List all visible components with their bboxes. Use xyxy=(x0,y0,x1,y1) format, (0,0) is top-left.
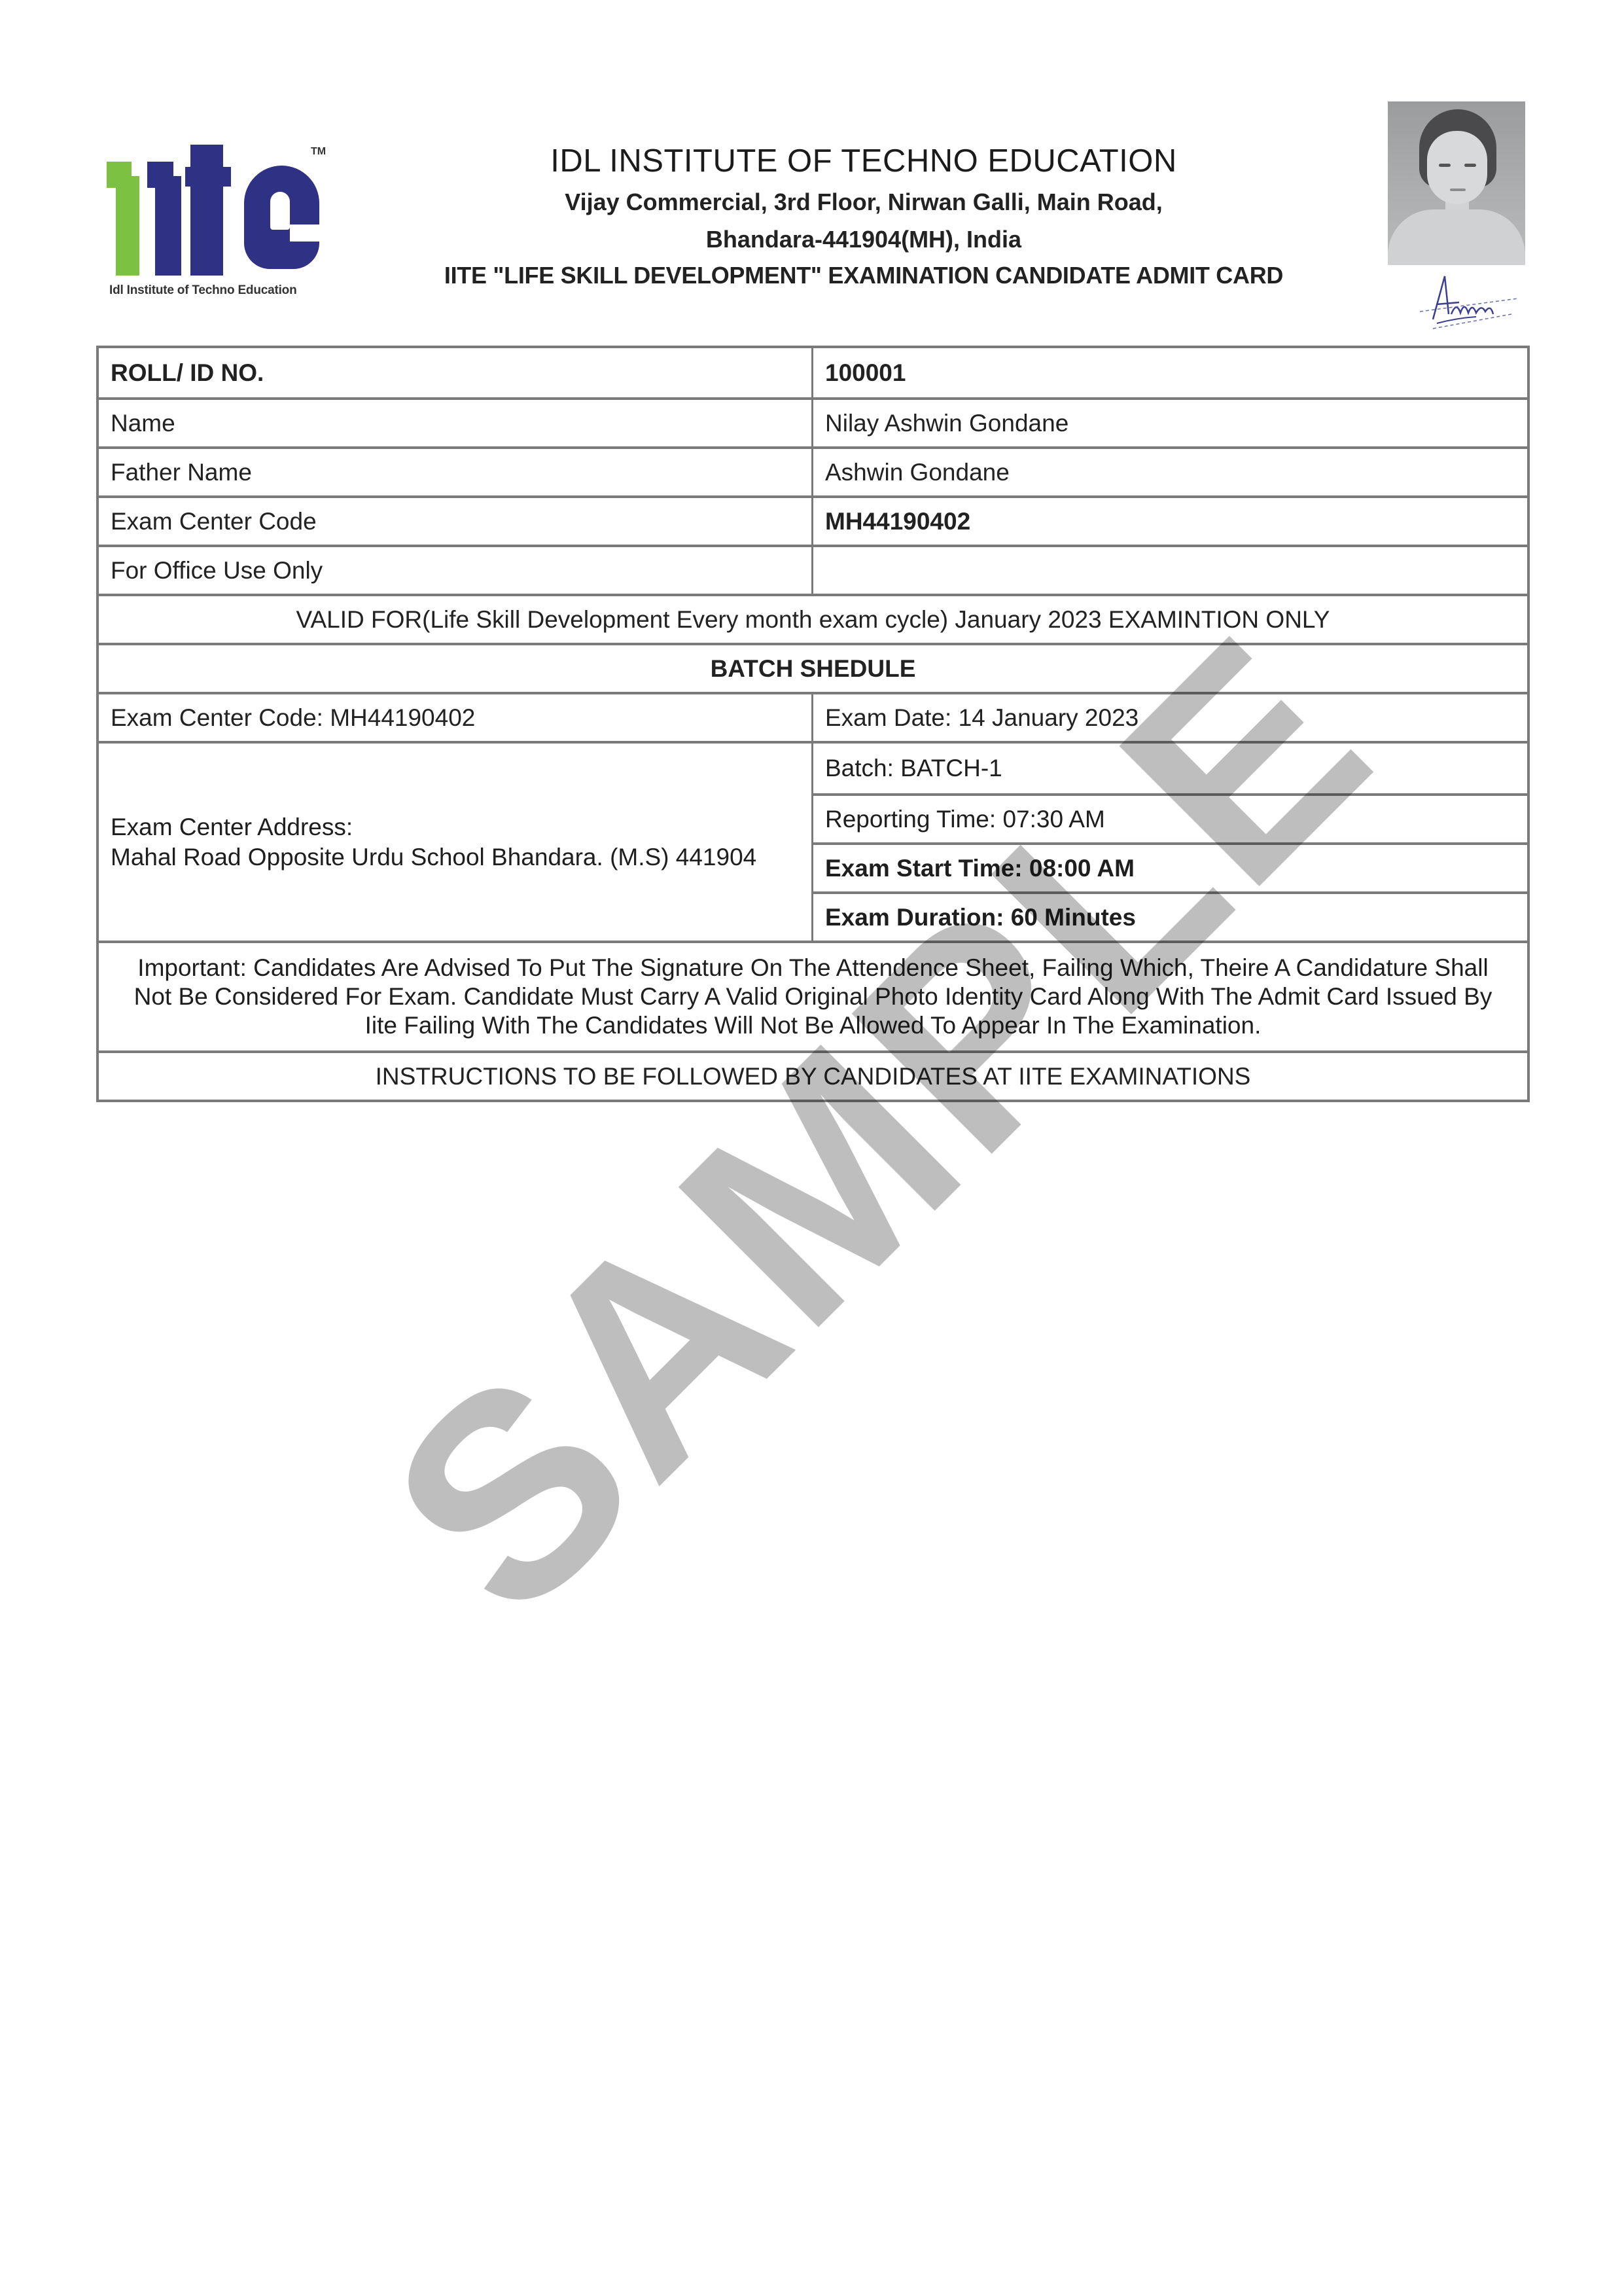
validity-text: VALID FOR(Life Skill Development Every m… xyxy=(99,596,1527,643)
admit-card-table: ROLL/ ID NO. 100001 Name Nilay Ashwin Go… xyxy=(96,346,1530,1102)
institute-address-line1: Vijay Commercial, 3rd Floor, Nirwan Gall… xyxy=(406,188,1322,216)
photo-eye-right xyxy=(1464,164,1476,167)
table-row-important: Important: Candidates Are Advised To Put… xyxy=(99,941,1527,1050)
center-code-label: Exam Center Code xyxy=(99,498,813,545)
logo-e-counter xyxy=(270,192,290,230)
table-row-roll: ROLL/ ID NO. 100001 xyxy=(99,348,1527,397)
logo-caption: Idl Institute of Techno Education xyxy=(109,283,296,298)
table-row-office-use: For Office Use Only xyxy=(99,545,1527,594)
batch-name: Batch: BATCH-1 xyxy=(813,744,1527,793)
photo-eye-left xyxy=(1439,164,1451,167)
table-row-center-code: Exam Center Code MH44190402 xyxy=(99,495,1527,545)
photo-body xyxy=(1388,209,1525,265)
table-row-instructions: INSTRUCTIONS TO BE FOLLOWED BY CANDIDATE… xyxy=(99,1050,1527,1100)
important-line-2: Not Be Considered For Exam. Candidate Mu… xyxy=(134,982,1492,1011)
table-row-address-batch: Exam Center Address: Mahal Road Opposite… xyxy=(99,741,1527,941)
batch-schedule-heading: BATCH SHEDULE xyxy=(99,645,1527,692)
admit-card-title: IITE "LIFE SKILL DEVELOPMENT" EXAMINATIO… xyxy=(393,262,1335,289)
table-row-batch-heading: BATCH SHEDULE xyxy=(99,643,1527,692)
candidate-signature-icon xyxy=(1413,268,1525,334)
exam-center-address: Exam Center Address: Mahal Road Opposite… xyxy=(99,744,813,941)
table-row-father-name: Father Name Ashwin Gondane xyxy=(99,446,1527,495)
important-line-3: Iite Failing With The Candidates Will No… xyxy=(134,1011,1492,1040)
photo-mouth xyxy=(1450,188,1466,191)
reporting-time: Reporting Time: 07:30 AM xyxy=(813,793,1527,842)
roll-value: 100001 xyxy=(813,348,1527,397)
logo-green-stem xyxy=(116,176,139,276)
exam-duration: Exam Duration: 60 Minutes xyxy=(813,891,1527,941)
photo-face xyxy=(1427,131,1487,204)
institute-title: IDL INSTITUTE OF TECHNO EDUCATION xyxy=(406,143,1322,179)
address-value: Mahal Road Opposite Urdu School Bhandara… xyxy=(111,842,800,872)
table-row-center-date: Exam Center Code: MH44190402 Exam Date: … xyxy=(99,692,1527,741)
logo-t-stem xyxy=(190,145,223,276)
address-label: Exam Center Address: xyxy=(111,812,800,842)
name-label: Name xyxy=(99,400,813,446)
name-value: Nilay Ashwin Gondane xyxy=(813,400,1527,446)
table-row-name: Name Nilay Ashwin Gondane xyxy=(99,397,1527,446)
important-line-1: Important: Candidates Are Advised To Put… xyxy=(134,954,1492,982)
batch-details: Batch: BATCH-1 Reporting Time: 07:30 AM … xyxy=(813,744,1527,941)
roll-label: ROLL/ ID NO. xyxy=(99,348,813,397)
instructions-heading: INSTRUCTIONS TO BE FOLLOWED BY CANDIDATE… xyxy=(99,1053,1527,1100)
table-row-validity: VALID FOR(Life Skill Development Every m… xyxy=(99,594,1527,643)
center-code-value: MH44190402 xyxy=(813,498,1527,545)
batch-center-code: Exam Center Code: MH44190402 xyxy=(99,694,813,741)
candidate-photo xyxy=(1388,101,1525,265)
office-use-value xyxy=(813,547,1527,594)
institute-address-line2: Bhandara-441904(MH), India xyxy=(406,226,1322,253)
office-use-label: For Office Use Only xyxy=(99,547,813,594)
iite-logo: TM Idl Institute of Techno Education xyxy=(101,134,344,304)
trademark-symbol: TM xyxy=(311,146,326,158)
father-name-value: Ashwin Gondane xyxy=(813,449,1527,495)
logo-t-bar xyxy=(185,167,231,187)
important-notice: Important: Candidates Are Advised To Put… xyxy=(99,943,1527,1050)
logo-e-cut xyxy=(290,224,320,242)
exam-start-time: Exam Start Time: 08:00 AM xyxy=(813,842,1527,891)
father-name-label: Father Name xyxy=(99,449,813,495)
logo-navy-stem xyxy=(155,176,181,276)
exam-date: Exam Date: 14 January 2023 xyxy=(813,694,1527,741)
